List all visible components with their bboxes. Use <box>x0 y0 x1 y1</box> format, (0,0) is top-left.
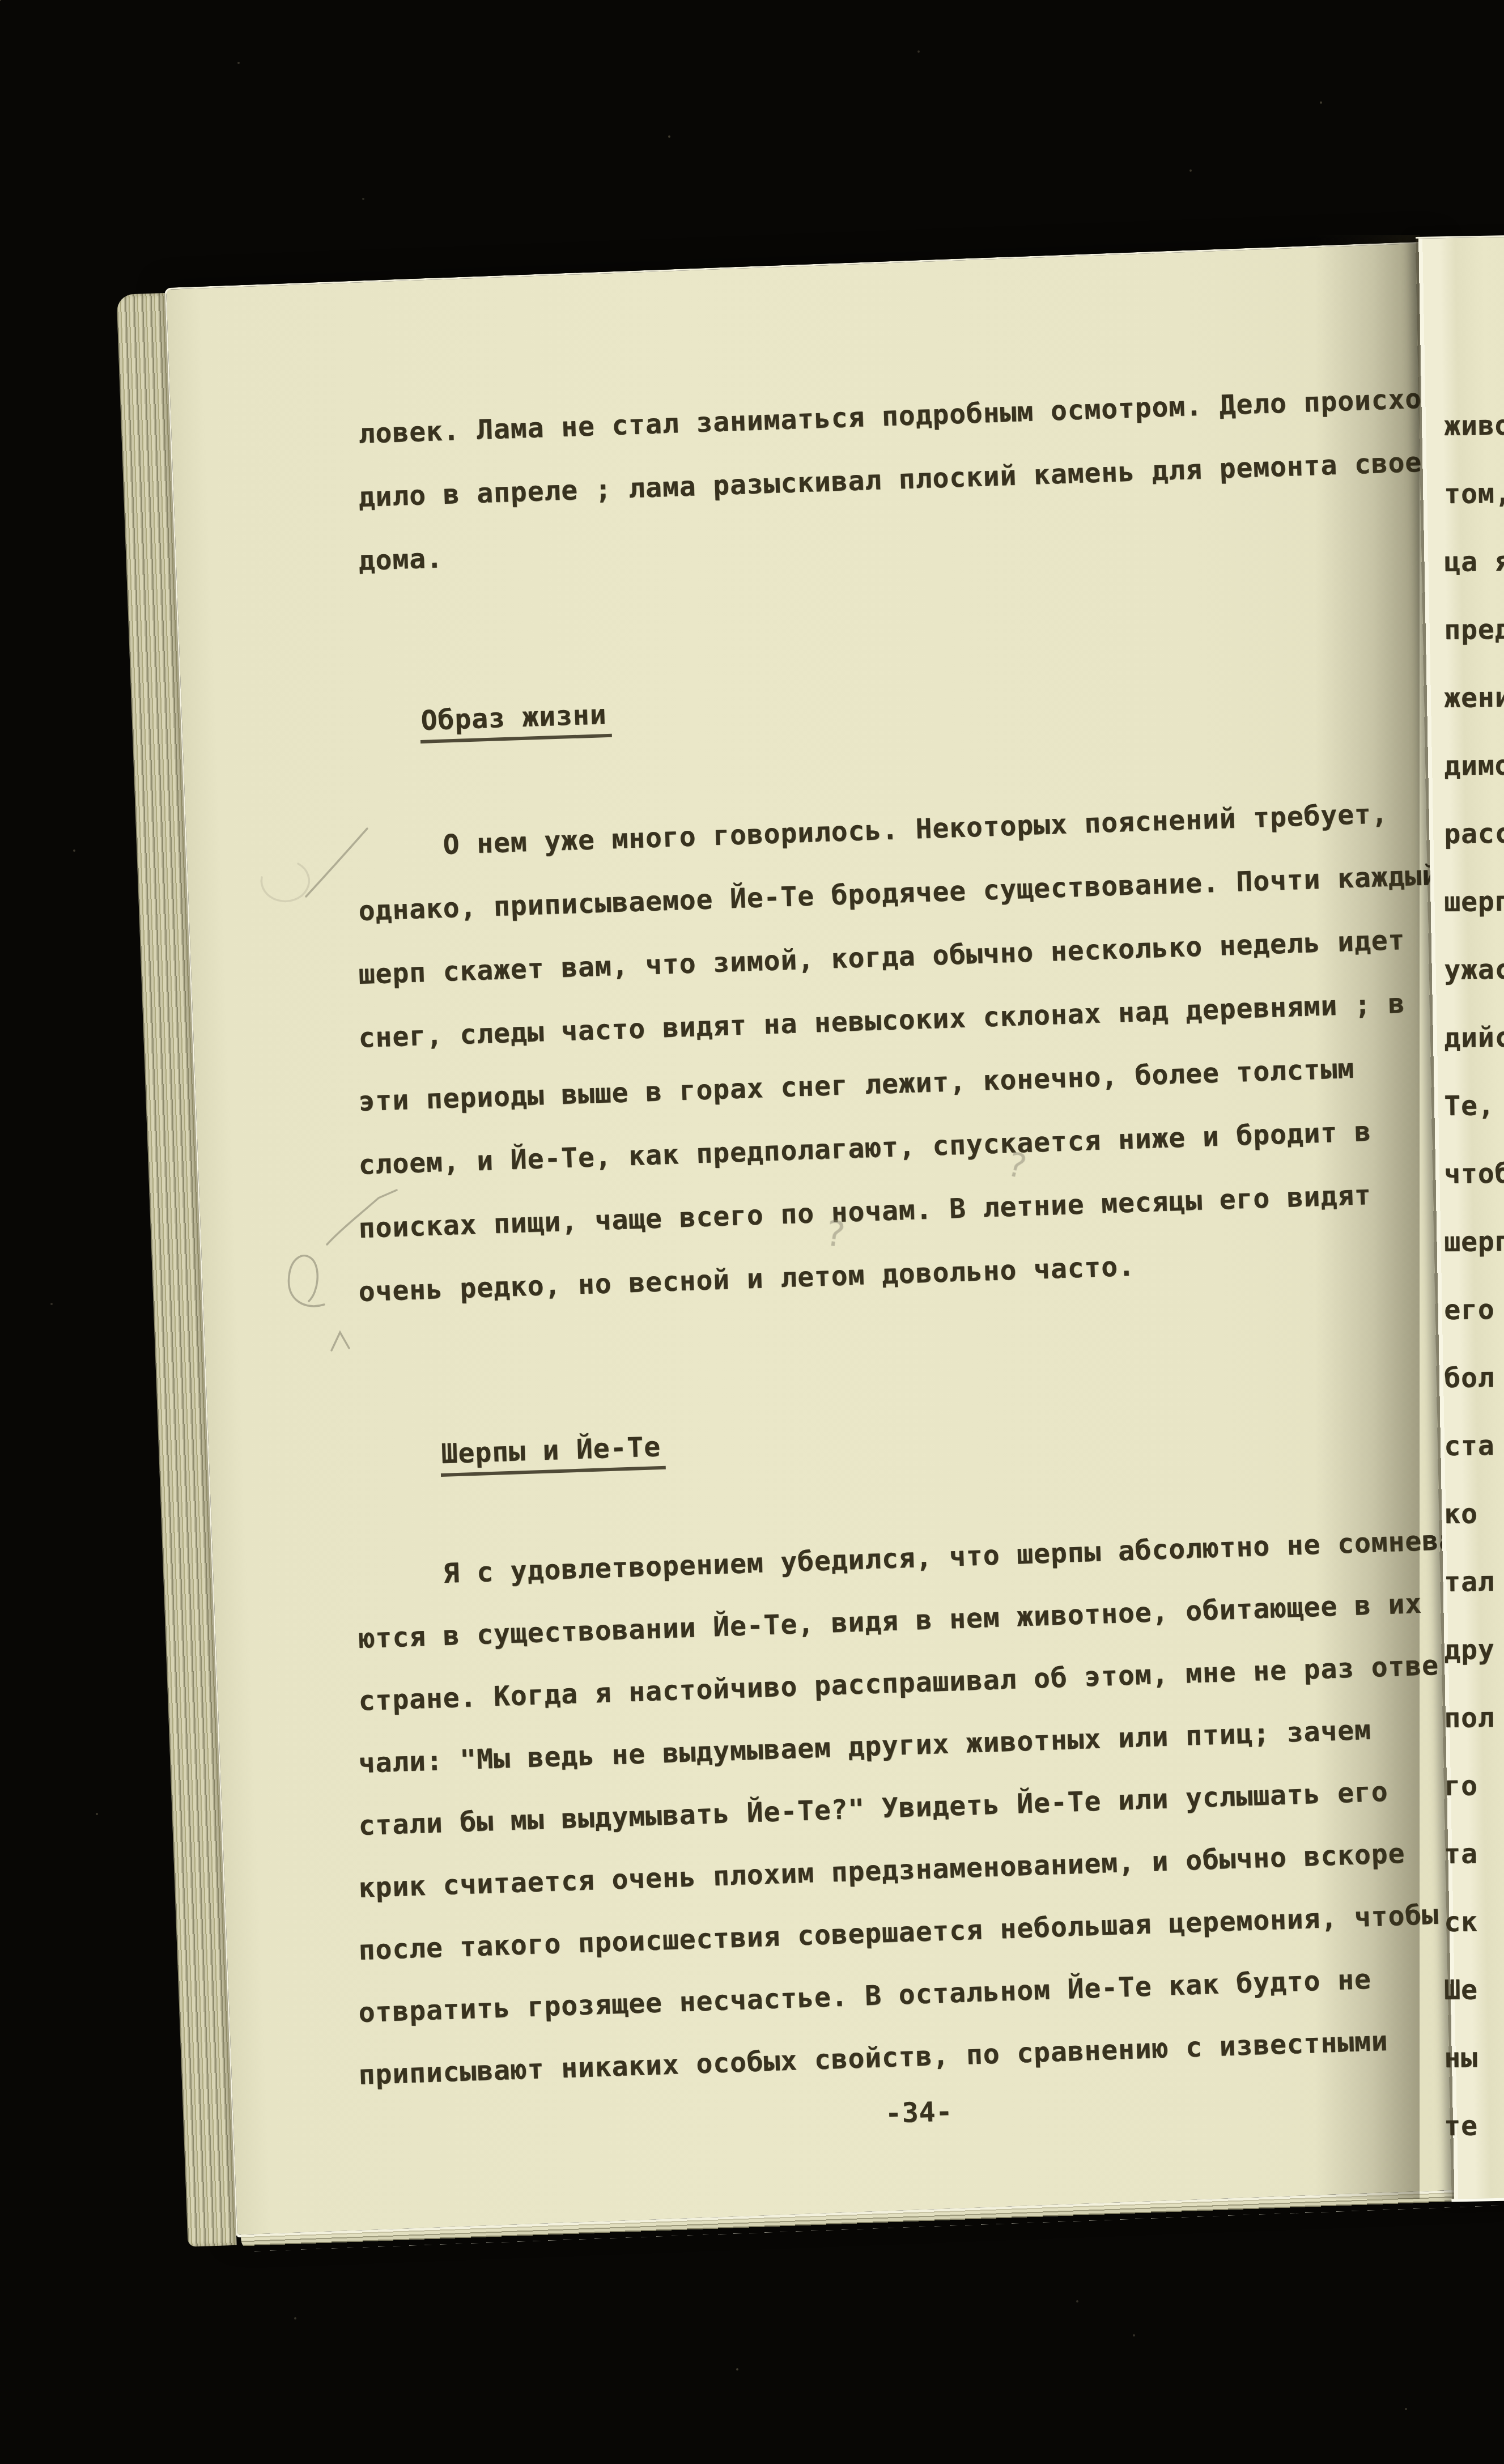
margin-slash-hook <box>261 864 309 901</box>
pencil-annotations: ? ? <box>0 0 1504 2464</box>
scanned-book-photo: ловек. Лама не стал заниматься подробным… <box>0 0 1504 2464</box>
margin-slash-mark <box>306 829 367 897</box>
margin-caret-mark <box>332 1332 349 1350</box>
margin-loop-mark <box>327 1190 397 1244</box>
margin-loop-mark-loop <box>289 1256 324 1306</box>
pencil-question-mark: ? <box>1002 1145 1031 1187</box>
pencil-question-mark: ? <box>822 1212 848 1256</box>
